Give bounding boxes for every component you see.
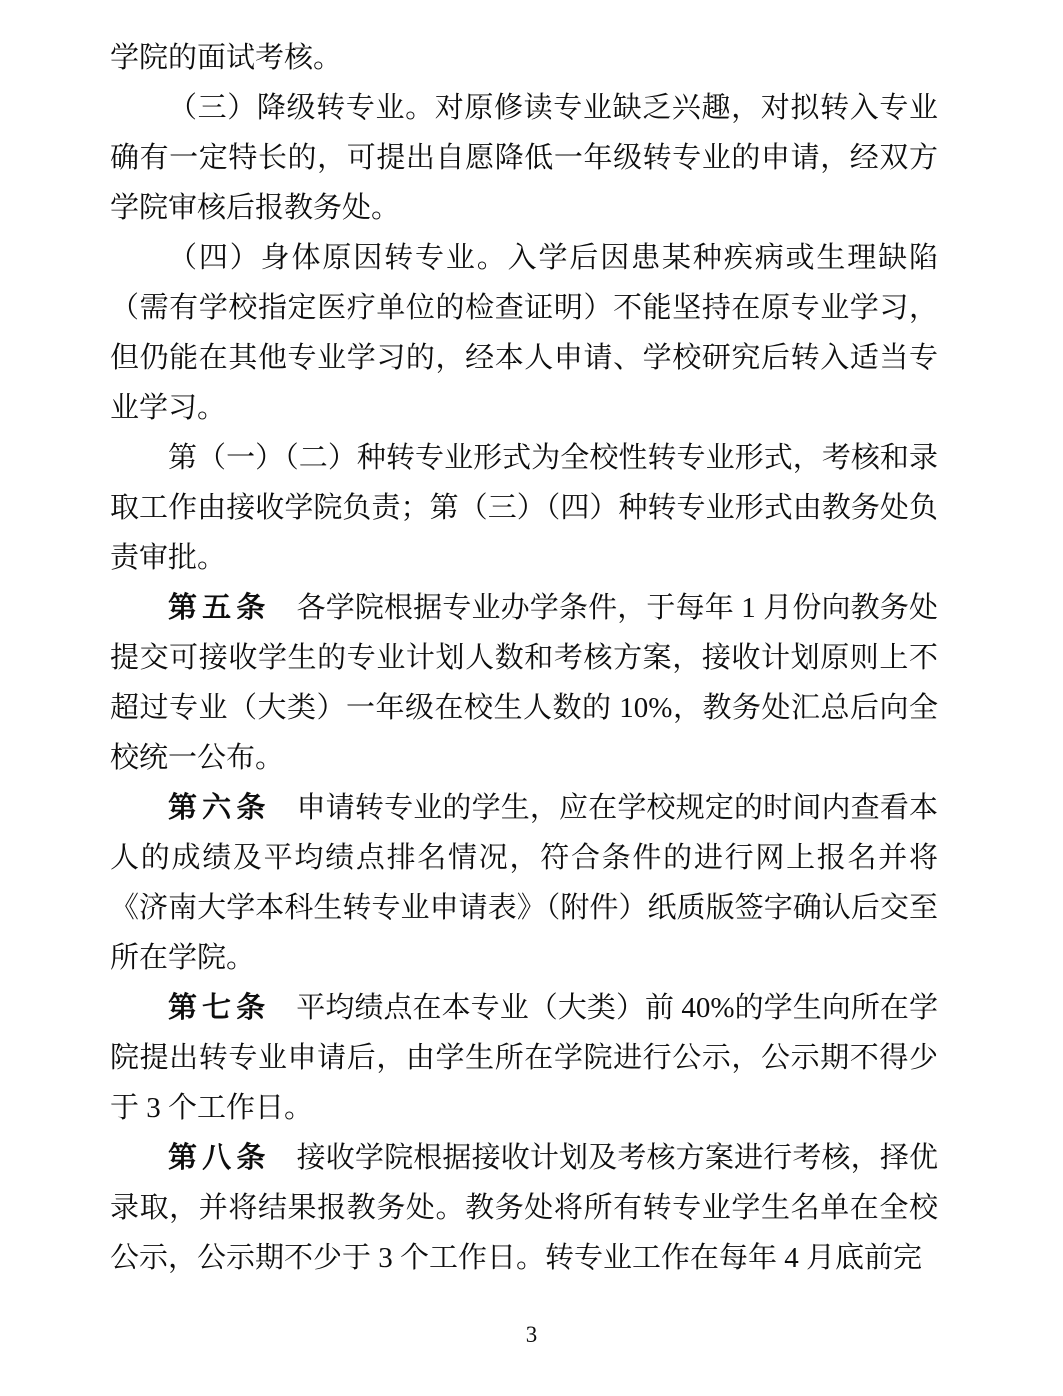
- article-number-label: 第六条: [168, 792, 271, 824]
- article-number-label: 第七条: [168, 992, 270, 1024]
- paragraph: 第五条各学院根据专业办学条件，于每年 1 月份向教务处提交可接收学生的专业计划人…: [110, 583, 938, 783]
- article-number-label: 第八条: [168, 1142, 271, 1174]
- article-number-label: 第五条: [168, 592, 270, 624]
- paragraph-text: 第（一）（二）种转专业形式为全校性转专业形式，考核和录取工作由接收学院负责；第（…: [110, 442, 938, 574]
- paragraph: （三）降级转专业。对原修读专业缺乏兴趣，对拟转入专业确有一定特长的，可提出自愿降…: [110, 83, 938, 233]
- paragraph: 第六条申请转专业的学生，应在学校规定的时间内查看本人的成绩及平均绩点排名情况，符…: [110, 783, 938, 983]
- page-number: 3: [0, 1322, 1063, 1348]
- paragraph-text: （三）降级转专业。对原修读专业缺乏兴趣，对拟转入专业确有一定特长的，可提出自愿降…: [110, 92, 938, 224]
- paragraph: 第（一）（二）种转专业形式为全校性转专业形式，考核和录取工作由接收学院负责；第（…: [110, 433, 938, 583]
- paragraph: 第七条平均绩点在本专业（大类）前 40%的学生向所在学院提出转专业申请后，由学生…: [110, 983, 938, 1133]
- paragraph: （四）身体原因转专业。入学后因患某种疾病或生理缺陷（需有学校指定医疗单位的检查证…: [110, 233, 938, 433]
- paragraph-text: 学院的面试考核。: [110, 42, 342, 74]
- paragraph: 第八条接收学院根据接收计划及考核方案进行考核，择优录取，并将结果报教务处。教务处…: [110, 1133, 938, 1283]
- paragraph: 学院的面试考核。: [110, 33, 938, 83]
- document-page: 学院的面试考核。 （三）降级转专业。对原修读专业缺乏兴趣，对拟转入专业确有一定特…: [0, 0, 1063, 1396]
- page-body-text: 学院的面试考核。 （三）降级转专业。对原修读专业缺乏兴趣，对拟转入专业确有一定特…: [110, 33, 938, 1283]
- paragraph-text: （四）身体原因转专业。入学后因患某种疾病或生理缺陷（需有学校指定医疗单位的检查证…: [110, 242, 938, 424]
